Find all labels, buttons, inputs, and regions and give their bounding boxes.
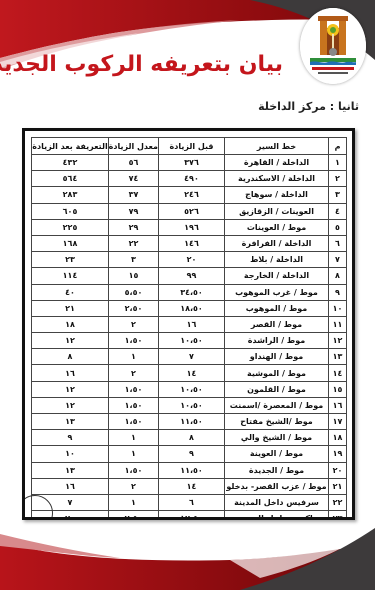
fare-after-cell: ١٨ xyxy=(32,316,109,332)
column-header-route: خط السير xyxy=(225,138,329,155)
increase-rate-cell: ٢،٥٠ xyxy=(109,511,159,520)
governorate-logo xyxy=(300,8,366,84)
table-row: ٦الداخلة / الفرافرة١٤٦٢٢١٦٨ xyxy=(32,235,347,251)
table-row: ١٠موط / الموهوب١٨،٥٠٢،٥٠٢١ xyxy=(32,300,347,316)
fare-before-cell: ٨ xyxy=(159,430,225,446)
table-row: ٤العوينات / الزقازيق٥٢٦٧٩٦٠٥ xyxy=(32,203,347,219)
route-cell: موط / عزب القصر- بدخلو xyxy=(225,478,329,494)
fare-after-cell: ٦٠٥ xyxy=(32,203,109,219)
increase-rate-cell: ٧٩ xyxy=(109,203,159,219)
fare-before-cell: ١٠،٥٠ xyxy=(159,381,225,397)
table-row: ٧الداخلة / بلاط٢٠٣٢٣ xyxy=(32,252,347,268)
fare-before-cell: ١٩٦ xyxy=(159,219,225,235)
route-cell: موط / الهنداو xyxy=(225,349,329,365)
increase-rate-cell: ٧٤ xyxy=(109,171,159,187)
fare-after-cell: ٢٣ xyxy=(32,252,109,268)
table-row: ١٥موط / القلمون١٠،٥٠١،٥٠١٢ xyxy=(32,381,347,397)
route-cell: موط / المعصرة /اسمنت xyxy=(225,397,329,413)
row-number: ١٣ xyxy=(329,349,347,365)
increase-rate-cell: ٣ xyxy=(109,252,159,268)
table-row: ١الداخلة / القاهرة٣٧٦٥٦٤٣٢ xyxy=(32,155,347,171)
row-number: ٨ xyxy=(329,268,347,284)
fare-before-cell: ١١،٥٠ xyxy=(159,462,225,478)
fare-after-cell: ١٢ xyxy=(32,397,109,413)
governorate-logo-icon xyxy=(300,8,366,84)
section-subtitle: ثانيا : مركز الداخلة xyxy=(258,100,359,113)
column-header-number: م xyxy=(329,138,347,155)
fare-before-cell: ٣٧٦ xyxy=(159,155,225,171)
row-number: ١٦ xyxy=(329,397,347,413)
route-cell: الداخلة / بلاط xyxy=(225,252,329,268)
row-number: ٩ xyxy=(329,284,347,300)
table-row: ٨الداخلة / الخارجة٩٩١٥١١٤ xyxy=(32,268,347,284)
increase-rate-cell: ٢ xyxy=(109,478,159,494)
fare-table-frame: م خط السير قبل الزيادة معدل الزيادة التع… xyxy=(22,128,355,520)
route-cell: موط / الموشية xyxy=(225,365,329,381)
fare-before-cell: ١٦ xyxy=(159,316,225,332)
fare-after-cell: ١٦ xyxy=(32,478,109,494)
table-row: ٢٣تاكسي داخل المدينة١٧،٥٠٢،٥٠٢٠ xyxy=(32,511,347,520)
column-header-before-increase: قبل الزيادة xyxy=(159,138,225,155)
increase-rate-cell: ١،٥٠ xyxy=(109,381,159,397)
fare-before-cell: ١٨،٥٠ xyxy=(159,300,225,316)
fare-after-cell: ٢٢٥ xyxy=(32,219,109,235)
table-row: ١٧موط /الشيخ مفتاح١١،٥٠١،٥٠١٣ xyxy=(32,414,347,430)
fare-before-cell: ١٤٦ xyxy=(159,235,225,251)
table-row: ٩موط / غرب الموهوب٣٤،٥٠٥،٥٠٤٠ xyxy=(32,284,347,300)
row-number: ٢٢ xyxy=(329,494,347,510)
increase-rate-cell: ١ xyxy=(109,494,159,510)
route-cell: الداخلة / الفرافرة xyxy=(225,235,329,251)
increase-rate-cell: ٥٦ xyxy=(109,155,159,171)
table-row: ١١موط / القصر١٦٢١٨ xyxy=(32,316,347,332)
row-number: ١٢ xyxy=(329,333,347,349)
fare-after-cell: ١٦٨ xyxy=(32,235,109,251)
fare-before-cell: ٢٠ xyxy=(159,252,225,268)
fare-before-cell: ٤٩٠ xyxy=(159,171,225,187)
increase-rate-cell: ٣٧ xyxy=(109,187,159,203)
increase-rate-cell: ١،٥٠ xyxy=(109,414,159,430)
route-cell: موط /الشيخ مفتاح xyxy=(225,414,329,430)
fare-after-cell: ١٣ xyxy=(32,462,109,478)
row-number: ١ xyxy=(329,155,347,171)
row-number: ٧ xyxy=(329,252,347,268)
route-cell: العوينات / الزقازيق xyxy=(225,203,329,219)
route-cell: سرفيس داخل المدينة xyxy=(225,494,329,510)
fare-after-cell: ١٦ xyxy=(32,365,109,381)
row-number: ١٤ xyxy=(329,365,347,381)
increase-rate-cell: ١،٥٠ xyxy=(109,397,159,413)
increase-rate-cell: ٢ xyxy=(109,365,159,381)
row-number: ١٠ xyxy=(329,300,347,316)
page-title: بيان بتعريفه الركوب الجديدة xyxy=(0,52,283,77)
fare-before-cell: ٩ xyxy=(159,446,225,462)
fare-after-cell: ٩ xyxy=(32,430,109,446)
increase-rate-cell: ٢٢ xyxy=(109,235,159,251)
footer-swoosh-graphic xyxy=(0,520,375,590)
row-number: ٤ xyxy=(329,203,347,219)
route-cell: موط / القصر xyxy=(225,316,329,332)
route-cell: الداخلة / الاسكندرية xyxy=(225,171,329,187)
row-number: ٢٣ xyxy=(329,511,347,520)
table-row: ٢٠موط / الجديدة١١،٥٠١،٥٠١٣ xyxy=(32,462,347,478)
table-row: ٢١موط / عزب القصر- بدخلو١٤٢١٦ xyxy=(32,478,347,494)
route-cell: موط / غرب الموهوب xyxy=(225,284,329,300)
fare-after-cell: ٥٦٤ xyxy=(32,171,109,187)
fare-before-cell: ١١،٥٠ xyxy=(159,414,225,430)
fare-after-cell: ٤٠ xyxy=(32,284,109,300)
table-row: ١٤موط / الموشية١٤٢١٦ xyxy=(32,365,347,381)
increase-rate-cell: ٢،٥٠ xyxy=(109,300,159,316)
fare-after-cell: ٢١ xyxy=(32,300,109,316)
increase-rate-cell: ٥،٥٠ xyxy=(109,284,159,300)
row-number: ٢١ xyxy=(329,478,347,494)
table-row: ١٨موط / الشيخ والي٨١٩ xyxy=(32,430,347,446)
fare-before-cell: ٧ xyxy=(159,349,225,365)
table-row: ٣الداخلة / سوهاج٢٤٦٣٧٢٨٣ xyxy=(32,187,347,203)
route-cell: موط / الجديدة xyxy=(225,462,329,478)
fare-after-cell: ١١٤ xyxy=(32,268,109,284)
fare-before-cell: ١٤ xyxy=(159,478,225,494)
route-cell: موط / القلمون xyxy=(225,381,329,397)
increase-rate-cell: ٢ xyxy=(109,316,159,332)
row-number: ١٧ xyxy=(329,414,347,430)
fare-before-cell: ٢٤٦ xyxy=(159,187,225,203)
table-row: ٥موط / العوينات١٩٦٢٩٢٢٥ xyxy=(32,219,347,235)
table-row: ١٦موط / المعصرة /اسمنت١٠،٥٠١،٥٠١٢ xyxy=(32,397,347,413)
increase-rate-cell: ١ xyxy=(109,430,159,446)
fare-after-cell: ١٣ xyxy=(32,414,109,430)
fare-before-cell: ٦ xyxy=(159,494,225,510)
increase-rate-cell: ١ xyxy=(109,349,159,365)
increase-rate-cell: ٢٩ xyxy=(109,219,159,235)
increase-rate-cell: ١،٥٠ xyxy=(109,333,159,349)
route-cell: الداخلة / القاهرة xyxy=(225,155,329,171)
fare-before-cell: ٥٢٦ xyxy=(159,203,225,219)
table-row: ١٢موط / الراشدة١٠،٥٠١،٥٠١٢ xyxy=(32,333,347,349)
table-row: ٢٢سرفيس داخل المدينة٦١٧ xyxy=(32,494,347,510)
fare-after-cell: ١٢ xyxy=(32,333,109,349)
column-header-fare-after-increase: التعريفة بعد الزيادة xyxy=(32,138,109,155)
column-header-increase-rate: معدل الزيادة xyxy=(109,138,159,155)
table-header-row: م خط السير قبل الزيادة معدل الزيادة التع… xyxy=(32,138,347,155)
route-cell: الداخلة / سوهاج xyxy=(225,187,329,203)
route-cell: موط / الراشدة xyxy=(225,333,329,349)
increase-rate-cell: ١٥ xyxy=(109,268,159,284)
increase-rate-cell: ١،٥٠ xyxy=(109,462,159,478)
row-number: ٦ xyxy=(329,235,347,251)
route-cell: الداخلة / الخارجة xyxy=(225,268,329,284)
fare-after-cell: ٢٨٣ xyxy=(32,187,109,203)
fare-before-cell: ١٧،٥٠ xyxy=(159,511,225,520)
fare-after-cell: ٤٣٢ xyxy=(32,155,109,171)
route-cell: موط / الموهوب xyxy=(225,300,329,316)
fare-after-cell: ٨ xyxy=(32,349,109,365)
row-number: ١٩ xyxy=(329,446,347,462)
fare-before-cell: ١٤ xyxy=(159,365,225,381)
row-number: ١٥ xyxy=(329,381,347,397)
route-cell: موط / الشيخ والي xyxy=(225,430,329,446)
row-number: ١٨ xyxy=(329,430,347,446)
fare-table: م خط السير قبل الزيادة معدل الزيادة التع… xyxy=(31,137,347,520)
fare-before-cell: ٣٤،٥٠ xyxy=(159,284,225,300)
increase-rate-cell: ١ xyxy=(109,446,159,462)
fare-before-cell: ١٠،٥٠ xyxy=(159,397,225,413)
row-number: ١١ xyxy=(329,316,347,332)
fare-before-cell: ٩٩ xyxy=(159,268,225,284)
route-cell: تاكسي داخل المدينة xyxy=(225,511,329,520)
route-cell: موط / العوينة xyxy=(225,446,329,462)
table-row: ٢الداخلة / الاسكندرية٤٩٠٧٤٥٦٤ xyxy=(32,171,347,187)
row-number: ٣ xyxy=(329,187,347,203)
row-number: ٢٠ xyxy=(329,462,347,478)
table-row: ١٣موط / الهنداو٧١٨ xyxy=(32,349,347,365)
fare-before-cell: ١٠،٥٠ xyxy=(159,333,225,349)
table-row: ١٩موط / العوينة٩١١٠ xyxy=(32,446,347,462)
fare-after-cell: ١٠ xyxy=(32,446,109,462)
fare-after-cell: ١٢ xyxy=(32,381,109,397)
row-number: ٢ xyxy=(329,171,347,187)
route-cell: موط / العوينات xyxy=(225,219,329,235)
row-number: ٥ xyxy=(329,219,347,235)
